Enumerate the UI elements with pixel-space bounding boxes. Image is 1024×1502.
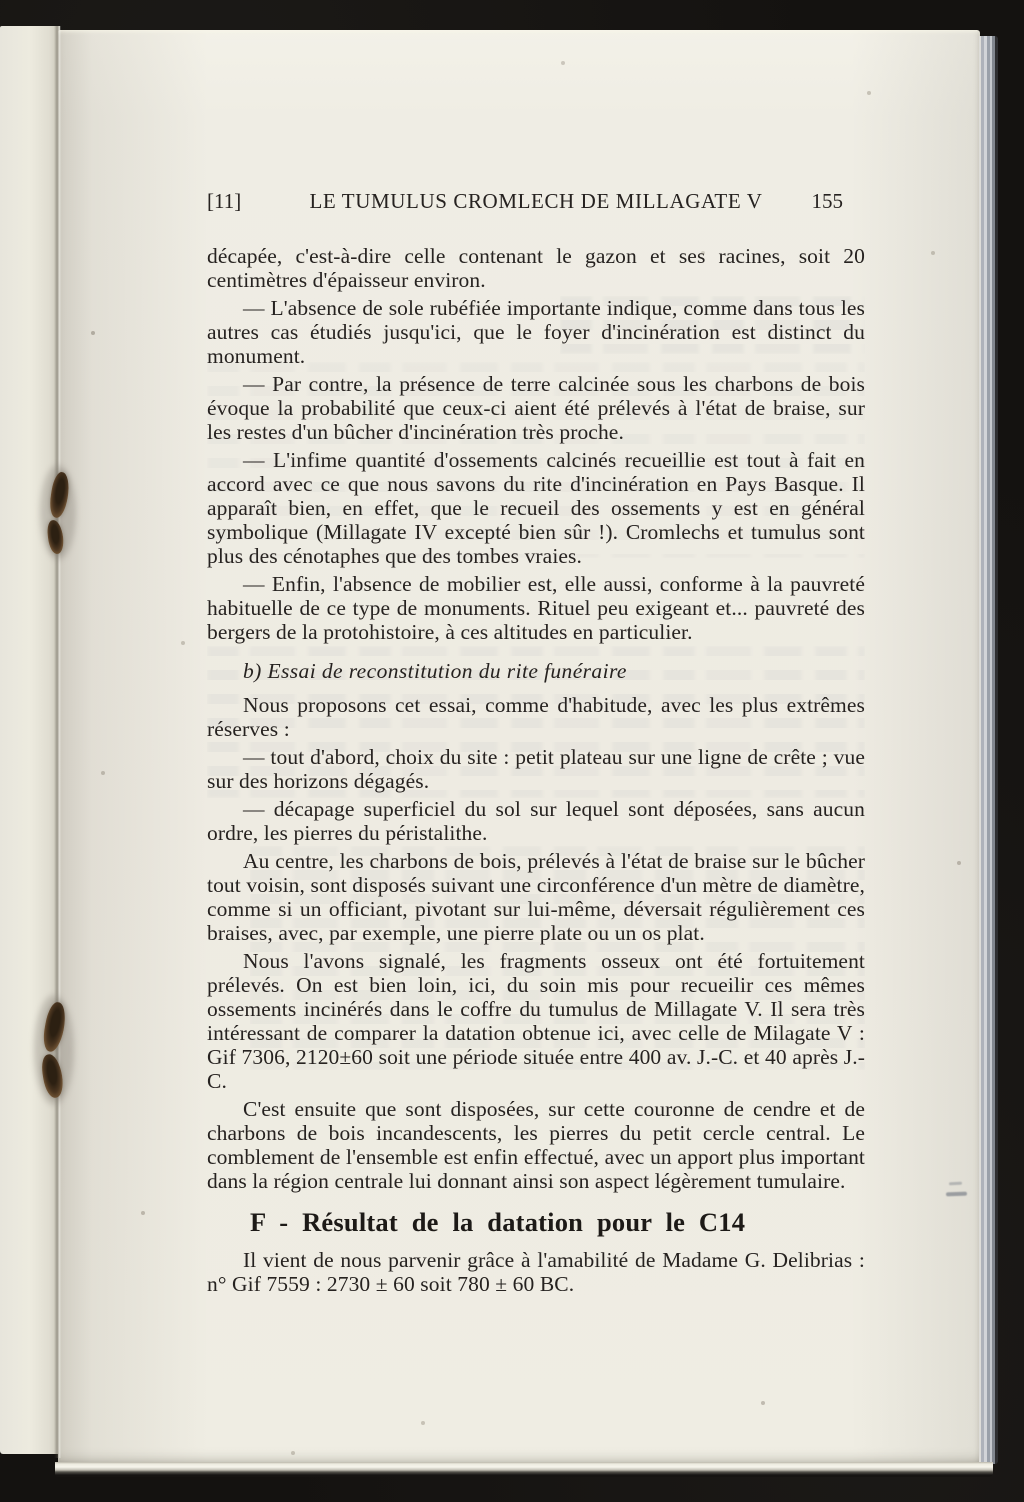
section-heading: F - Résultat de la datation pour le C14 — [207, 1208, 865, 1236]
previous-page-edge — [0, 26, 60, 1454]
paragraph: C'est ensuite que sont disposées, sur ce… — [207, 1097, 865, 1193]
page-body: décapée, c'est-à-dire celle contenant le… — [207, 244, 865, 1296]
paragraph: — Enfin, l'absence de mobilier est, elle… — [207, 572, 865, 644]
scanned-page-photo: [11] LE TUMULUS CROMLECH DE MILLAGATE V … — [0, 0, 1024, 1502]
paragraph: Il vient de nous parvenir grâce à l'amab… — [207, 1248, 865, 1296]
paragraph: — tout d'abord, choix du site : petit pl… — [207, 745, 865, 793]
page-number: 155 — [812, 189, 844, 213]
section-subheading: b) Essai de reconstitution du rite funér… — [207, 659, 865, 683]
page-stack-edge-bottom — [55, 1462, 993, 1477]
binding-crease — [54, 26, 61, 1458]
margin-pencil-mark — [946, 1192, 967, 1197]
paragraph: — L'absence de sole rubéfiée importante … — [207, 296, 865, 368]
running-title: LE TUMULUS CROMLECH DE MILLAGATE V — [207, 189, 865, 213]
paragraph: Nous proposons cet essai, comme d'habitu… — [207, 693, 865, 741]
page-header: [11] LE TUMULUS CROMLECH DE MILLAGATE V … — [207, 189, 865, 215]
page-stack-edge-right — [979, 36, 998, 1464]
dust-specks — [0, 0, 2, 2]
paragraph: — Par contre, la présence de terre calci… — [207, 372, 865, 444]
paragraph: Nous l'avons signalé, les fragments osse… — [207, 949, 865, 1093]
paragraph: — L'infime quantité d'ossements calcinés… — [207, 448, 865, 568]
paragraph: — décapage superficiel du sol sur lequel… — [207, 797, 865, 845]
paragraph: décapée, c'est-à-dire celle contenant le… — [207, 244, 865, 292]
paragraph: Au centre, les charbons de bois, prélevé… — [207, 849, 865, 945]
